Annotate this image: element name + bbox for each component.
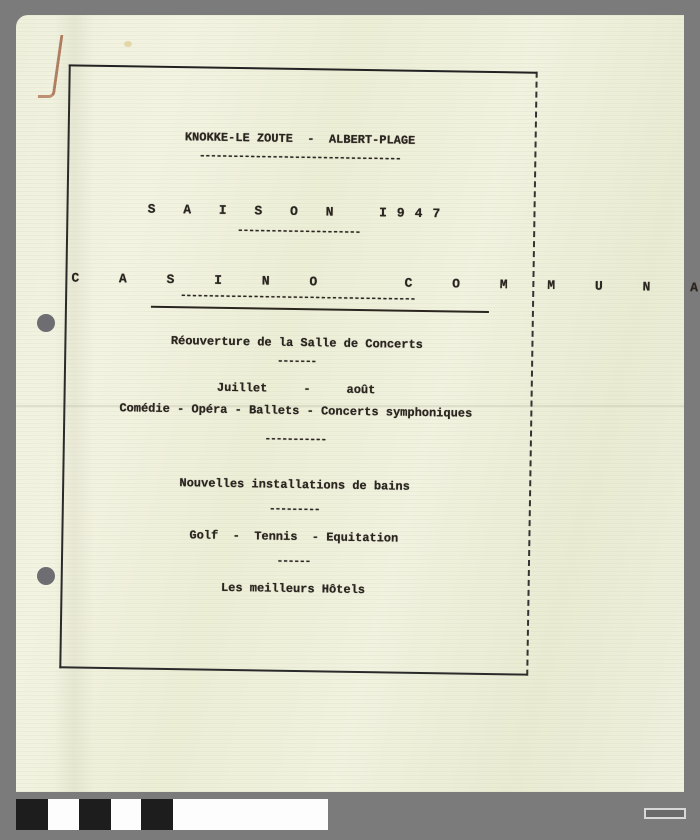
color-patch-white bbox=[111, 799, 141, 830]
divider: ---------------------- bbox=[66, 222, 531, 241]
divider: ----------- bbox=[63, 430, 528, 449]
color-patch-black bbox=[141, 799, 173, 830]
divider: ------ bbox=[61, 552, 526, 571]
divider: ------------------------------------ bbox=[67, 148, 532, 167]
punch-hole bbox=[37, 314, 55, 332]
punch-hole bbox=[37, 567, 55, 585]
double-underline bbox=[151, 306, 489, 313]
divider: ------- bbox=[64, 352, 529, 371]
hotels-notice: Les meilleurs Hôtels bbox=[60, 578, 525, 599]
paper-speck bbox=[124, 41, 132, 47]
header-location: KNOKKE-LE ZOUTE - ALBERT-PLAGE bbox=[68, 128, 533, 149]
programme-list: Comédie - Opéra - Ballets - Concerts sym… bbox=[63, 400, 528, 421]
divider: --------- bbox=[62, 500, 527, 519]
scan-color-bar bbox=[16, 799, 328, 830]
color-patch-black bbox=[16, 799, 48, 830]
typed-content: KNOKKE-LE ZOUTE - ALBERT-PLAGE ---------… bbox=[59, 64, 533, 671]
baths-notice: Nouvelles installations de bains bbox=[62, 474, 527, 495]
color-patch-white bbox=[48, 799, 79, 830]
reopening-notice: Réouverture de la Salle de Concerts bbox=[64, 332, 529, 353]
season-months: Juillet - août bbox=[64, 378, 529, 399]
season-title: S A I S O N I947 bbox=[66, 200, 531, 222]
sports-list: Golf - Tennis - Equitation bbox=[61, 526, 526, 547]
color-patch-black bbox=[79, 799, 111, 830]
scale-bar bbox=[644, 808, 686, 819]
color-patch-white bbox=[173, 799, 328, 830]
